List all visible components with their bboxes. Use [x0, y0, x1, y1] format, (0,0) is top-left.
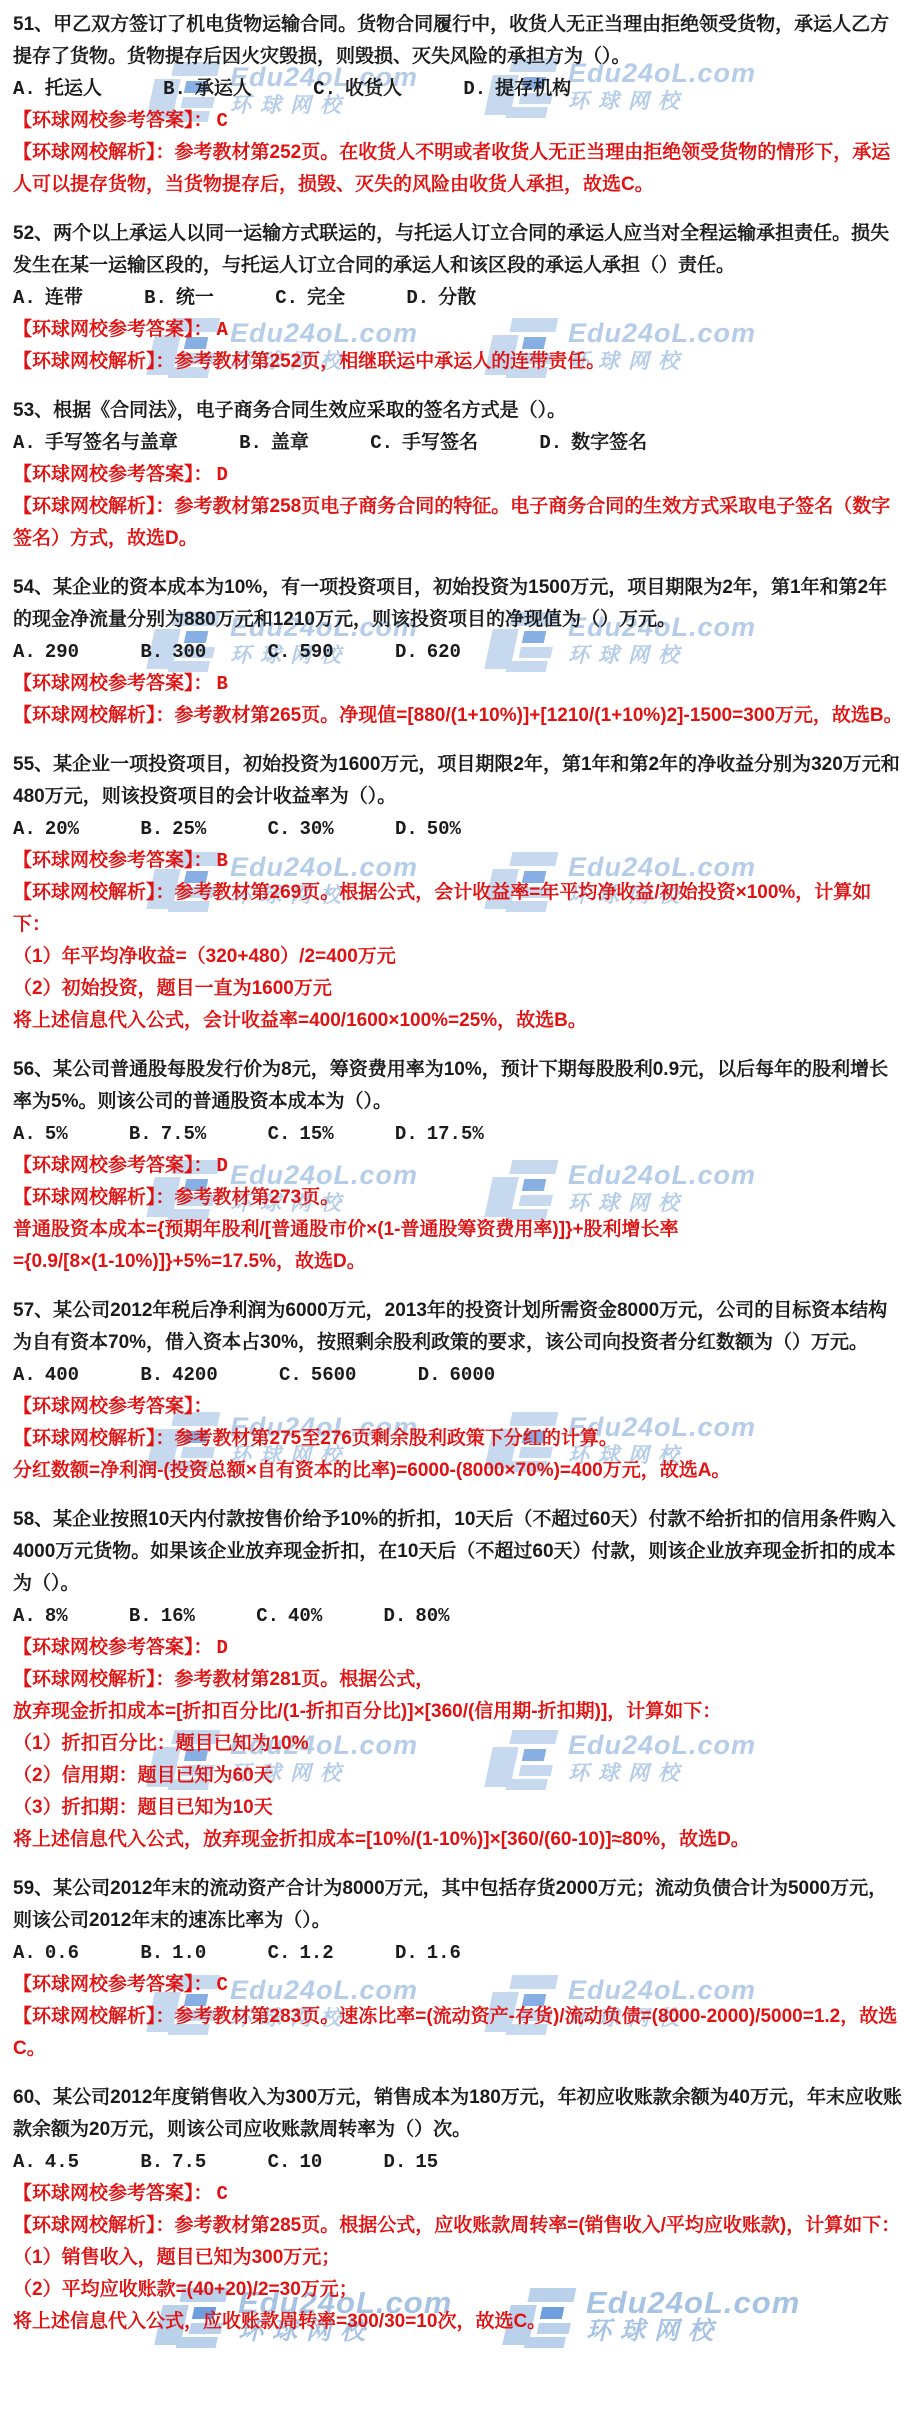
analysis-text: （1）年平均净收益=（320+480）/2=400万元 [13, 946, 396, 967]
options-row: A.手写签名与盖章 B.盖章 C.手写签名 D.数字签名 [13, 427, 906, 459]
option-key: A. [13, 432, 36, 454]
option-key: B. [144, 287, 167, 309]
exam-question-list: 51、甲乙双方签订了机电货物运输合同。货物合同履行中，收货人无正当理由拒绝领受货… [0, 0, 920, 2338]
option-key: A. [13, 641, 36, 663]
option-item: D.15 [384, 2146, 439, 2178]
analysis-section: 【环球网校解析】：参考教材第281页。根据公式， 放弃现金折扣成本=[折扣百分比… [13, 1664, 906, 1856]
answer-line: 【环球网校参考答案】：C [13, 2178, 906, 2210]
option-text: 承运人 [195, 78, 252, 100]
option-text: 1.2 [299, 1942, 333, 1964]
analysis-text: （1）折扣百分比：题目已知为10% [13, 1733, 309, 1754]
option-text: 4.5 [45, 2151, 79, 2173]
option-key: B. [163, 78, 186, 100]
analysis-paragraph: 【环球网校解析】：参考教材第252页。在收货人不明或者收货人无正当理由拒绝领受货… [13, 137, 906, 201]
option-item: D.提存机构 [463, 73, 571, 105]
analysis-section: 【环球网校解析】：参考教材第269页。根据公式，会计收益率=年平均净收益/初始投… [13, 877, 906, 1037]
question-block: 59、某公司2012年末的流动资产合计为8000万元，其中包括存货2000万元；… [13, 1873, 906, 2065]
answer-line: 【环球网校参考答案】：C [13, 105, 906, 137]
analysis-text: 将上述信息代入公式，会计收益率=400/1600×100%=25%，故选B。 [13, 1010, 587, 1031]
answer-value: B [217, 673, 228, 695]
question-stem: 56、某公司普通股每股发行价为8元，筹资费用率为10%，预计下期每股股利0.9元… [13, 1054, 906, 1118]
question-stem: 54、某企业的资本成本为10%，有一项投资项目，初始投资为1500万元，项目期限… [13, 572, 906, 636]
analysis-text: 参考教材第281页。根据公式， [175, 1669, 435, 1690]
option-key: C. [313, 78, 336, 100]
analysis-paragraph: ={0.9/[8×(1-10%)]}+5%=17.5%，故选D。 [13, 1246, 906, 1278]
answer-label: 【环球网校参考答案】： [13, 2183, 213, 2204]
option-key: B. [239, 432, 262, 454]
option-item: C.590 [268, 636, 334, 668]
analysis-label: 【环球网校解析】： [13, 142, 175, 163]
analysis-paragraph: （2）平均应收账款=(40+20)/2=30万元； [13, 2274, 906, 2306]
answer-value: D [217, 1637, 228, 1659]
option-item: B.统一 [144, 282, 214, 314]
answer-line: 【环球网校参考答案】： [13, 1391, 906, 1423]
answer-value: D [217, 464, 228, 486]
analysis-paragraph: 将上述信息代入公式，会计收益率=400/1600×100%=25%，故选B。 [13, 1005, 906, 1037]
option-text: 290 [45, 641, 79, 663]
option-key: B. [140, 818, 163, 840]
option-item: A.20% [13, 813, 79, 845]
option-key: C. [268, 2151, 291, 2173]
analysis-paragraph: （1）销售收入，题目已知为300万元； [13, 2242, 906, 2274]
option-key: A. [13, 1123, 36, 1145]
option-key: A. [13, 287, 36, 309]
question-stem: 58、某企业按照10天内付款按售价给予10%的折扣，10天后（不超过60天）付款… [13, 1504, 906, 1600]
option-item: B.承运人 [163, 73, 252, 105]
option-text: 400 [45, 1364, 79, 1386]
option-key: A. [13, 1364, 36, 1386]
option-text: 5600 [311, 1364, 357, 1386]
option-key: D. [395, 641, 418, 663]
analysis-section: 【环球网校解析】：参考教材第258页电子商务合同的特征。电子商务合同的生效方式采… [13, 491, 906, 555]
analysis-text: 普通股资本成本={预期年股利/[普通股市价×(1-普通股筹资费用率)]}+股利增… [13, 1219, 679, 1240]
option-key: D. [395, 1123, 418, 1145]
option-key: D. [395, 1942, 418, 1964]
analysis-paragraph: （2）信用期：题目已知为60天 [13, 1760, 906, 1792]
option-item: D.数字签名 [539, 427, 647, 459]
analysis-paragraph: 分红数额=净利润-(投资总额×自有资本的比率)=6000-(8000×70%)=… [13, 1455, 906, 1487]
analysis-text: 分红数额=净利润-(投资总额×自有资本的比率)=6000-(8000×70%)=… [13, 1460, 730, 1481]
option-key: B. [140, 641, 163, 663]
option-text: 1.0 [172, 1942, 206, 1964]
options-row: A.0.6 B.1.0 C.1.2 D.1.6 [13, 1937, 906, 1969]
option-item: A.400 [13, 1359, 79, 1391]
options-row: A.5% B.7.5% C.15% D.17.5% [13, 1118, 906, 1150]
option-item: C.30% [268, 813, 334, 845]
analysis-label: 【环球网校解析】： [13, 496, 175, 517]
question-block: 54、某企业的资本成本为10%，有一项投资项目，初始投资为1500万元，项目期限… [13, 572, 906, 732]
option-text: 7.5 [172, 2151, 206, 2173]
option-key: C. [275, 287, 298, 309]
option-key: D. [539, 432, 562, 454]
option-item: C.1.2 [268, 1937, 334, 1969]
option-item: C.5600 [279, 1359, 356, 1391]
option-key: A. [13, 818, 36, 840]
analysis-paragraph: （1）折扣百分比：题目已知为10% [13, 1728, 906, 1760]
analysis-paragraph: （1）年平均净收益=（320+480）/2=400万元 [13, 941, 906, 973]
option-text: 15 [415, 2151, 438, 2173]
option-item: D.80% [384, 1600, 450, 1632]
option-text: 1.6 [427, 1942, 461, 1964]
analysis-text: 参考教材第252页，相继联运中承运人的连带责任。 [175, 351, 606, 372]
answer-label: 【环球网校参考答案】： [13, 319, 213, 340]
analysis-paragraph: 放弃现金折扣成本=[折扣百分比/(1-折扣百分比)]×[360/(信用期-折扣期… [13, 1696, 906, 1728]
option-item: D.620 [395, 636, 461, 668]
option-item: A.5% [13, 1118, 68, 1150]
analysis-text: 参考教材第265页。净现值=[880/(1+10%)]+[1210/(1+10%… [175, 705, 903, 726]
analysis-paragraph: （3）折扣期：题目已知为10天 [13, 1792, 906, 1824]
answer-line: 【环球网校参考答案】：D [13, 1150, 906, 1182]
option-key: D. [463, 78, 486, 100]
option-item: C.10 [268, 2146, 323, 2178]
analysis-text: ={0.9/[8×(1-10%)]}+5%=17.5%，故选D。 [13, 1251, 366, 1272]
option-text: 620 [427, 641, 461, 663]
option-key: C. [256, 1605, 279, 1627]
answer-line: 【环球网校参考答案】：D [13, 459, 906, 491]
question-stem: 52、两个以上承运人以同一运输方式联运的，与托运人订立合同的承运人应当对全程运输… [13, 218, 906, 282]
option-text: 17.5% [427, 1123, 484, 1145]
analysis-paragraph: （2）初始投资，题目一直为1600万元 [13, 973, 906, 1005]
option-key: C. [268, 1942, 291, 1964]
answer-label: 【环球网校参考答案】： [13, 673, 213, 694]
option-item: B.1.0 [140, 1937, 206, 1969]
answer-label: 【环球网校参考答案】： [13, 850, 213, 871]
option-text: 6000 [450, 1364, 496, 1386]
answer-label: 【环球网校参考答案】： [13, 1396, 213, 1417]
option-key: B. [140, 1942, 163, 1964]
option-text: 连带 [45, 287, 83, 309]
option-text: 0.6 [45, 1942, 79, 1964]
analysis-paragraph: 将上述信息代入公式，放弃现金折扣成本=[10%/(1-10%)]×[360/(6… [13, 1824, 906, 1856]
analysis-text: 将上述信息代入公式，放弃现金折扣成本=[10%/(1-10%)]×[360/(6… [13, 1829, 750, 1850]
answer-label: 【环球网校参考答案】： [13, 1974, 213, 1995]
option-item: C.15% [268, 1118, 334, 1150]
analysis-text: （1）销售收入，题目已知为300万元； [13, 2247, 340, 2268]
answer-value: B [217, 850, 228, 872]
option-item: A.连带 [13, 282, 83, 314]
answer-label: 【环球网校参考答案】： [13, 464, 213, 485]
option-key: D. [418, 1364, 441, 1386]
answer-value: C [217, 110, 228, 132]
answer-line: 【环球网校参考答案】：D [13, 1632, 906, 1664]
option-item: A.8% [13, 1600, 68, 1632]
question-stem: 60、某公司2012年度销售收入为300万元，销售成本为180万元，年初应收账款… [13, 2082, 906, 2146]
analysis-paragraph: 普通股资本成本={预期年股利/[普通股市价×(1-普通股筹资费用率)]}+股利增… [13, 1214, 906, 1246]
option-text: 15% [299, 1123, 333, 1145]
analysis-section: 【环球网校解析】：参考教材第265页。净现值=[880/(1+10%)]+[12… [13, 700, 906, 732]
analysis-text: （3）折扣期：题目已知为10天 [13, 1797, 273, 1818]
option-text: 托运人 [45, 78, 102, 100]
analysis-paragraph: 将上述信息代入公式，应收账款周转率=300/30=10次，故选C。 [13, 2306, 906, 2338]
option-text: 提存机构 [495, 78, 571, 100]
option-item: D.分散 [406, 282, 476, 314]
options-row: A.20% B.25% C.30% D.50% [13, 813, 906, 845]
option-key: A. [13, 78, 36, 100]
option-text: 手写签名与盖章 [45, 432, 178, 454]
option-item: B.7.5 [140, 2146, 206, 2178]
answer-label: 【环球网校参考答案】： [13, 110, 213, 131]
question-block: 51、甲乙双方签订了机电货物运输合同。货物合同履行中，收货人无正当理由拒绝领受货… [13, 9, 906, 201]
analysis-label: 【环球网校解析】： [13, 2215, 175, 2236]
option-item: A.托运人 [13, 73, 102, 105]
question-stem: 59、某公司2012年末的流动资产合计为8000万元，其中包括存货2000万元；… [13, 1873, 906, 1937]
option-key: B. [140, 2151, 163, 2173]
analysis-paragraph: 【环球网校解析】：参考教材第273页。 [13, 1182, 906, 1214]
answer-label: 【环球网校参考答案】： [13, 1637, 213, 1658]
option-item: A.0.6 [13, 1937, 79, 1969]
option-text: 7.5% [161, 1123, 207, 1145]
answer-value: A [217, 319, 228, 341]
option-text: 数字签名 [571, 432, 647, 454]
option-text: 80% [415, 1605, 449, 1627]
answer-label: 【环球网校参考答案】： [13, 1155, 213, 1176]
options-row: A.托运人 B.承运人 C.收货人 D.提存机构 [13, 73, 906, 105]
option-text: 盖章 [271, 432, 309, 454]
analysis-paragraph: 【环球网校解析】：参考教材第283页。速冻比率=(流动资产-存货)/流动负债=(… [13, 2001, 906, 2065]
option-text: 30% [299, 818, 333, 840]
option-text: 25% [172, 818, 206, 840]
option-item: D.17.5% [395, 1118, 484, 1150]
option-key: C. [268, 641, 291, 663]
answer-value: D [217, 1155, 228, 1177]
analysis-paragraph: 【环球网校解析】：参考教材第281页。根据公式， [13, 1664, 906, 1696]
option-item: B.盖章 [239, 427, 309, 459]
answer-line: 【环球网校参考答案】：A [13, 314, 906, 346]
analysis-paragraph: 【环球网校解析】：参考教材第258页电子商务合同的特征。电子商务合同的生效方式采… [13, 491, 906, 555]
option-item: D.1.6 [395, 1937, 461, 1969]
option-item: A.4.5 [13, 2146, 79, 2178]
analysis-section: 【环球网校解析】：参考教材第273页。 普通股资本成本={预期年股利/[普通股市… [13, 1182, 906, 1278]
option-item: B.16% [129, 1600, 195, 1632]
option-item: C.完全 [275, 282, 345, 314]
answer-line: 【环球网校参考答案】：B [13, 845, 906, 877]
analysis-label: 【环球网校解析】： [13, 882, 175, 903]
option-text: 16% [161, 1605, 195, 1627]
analysis-section: 【环球网校解析】：参考教材第252页。在收货人不明或者收货人无正当理由拒绝领受货… [13, 137, 906, 201]
option-text: 20% [45, 818, 79, 840]
option-key: A. [13, 1605, 36, 1627]
option-item: D.50% [395, 813, 461, 845]
option-item: B.300 [140, 636, 206, 668]
option-item: B.7.5% [129, 1118, 206, 1150]
question-stem: 55、某企业一项投资项目，初始投资为1600万元，项目期限2年，第1年和第2年的… [13, 749, 906, 813]
option-item: B.4200 [140, 1359, 217, 1391]
question-block: 58、某企业按照10天内付款按售价给予10%的折扣，10天后（不超过60天）付款… [13, 1504, 906, 1856]
option-key: D. [395, 818, 418, 840]
options-row: A.4.5 B.7.5 C.10 D.15 [13, 2146, 906, 2178]
option-text: 590 [299, 641, 333, 663]
analysis-section: 【环球网校解析】：参考教材第275至276页剩余股利政策下分红的计算。 分红数额… [13, 1423, 906, 1487]
analysis-section: 【环球网校解析】：参考教材第283页。速冻比率=(流动资产-存货)/流动负债=(… [13, 2001, 906, 2065]
question-block: 53、根据《合同法》，电子商务合同生效应采取的签名方式是（）。 A.手写签名与盖… [13, 395, 906, 555]
option-text: 50% [427, 818, 461, 840]
answer-value: C [217, 2183, 228, 2205]
option-text: 统一 [176, 287, 214, 309]
analysis-label: 【环球网校解析】： [13, 1428, 175, 1449]
analysis-text: （2）平均应收账款=(40+20)/2=30万元； [13, 2279, 358, 2300]
options-row: A.8% B.16% C.40% D.80% [13, 1600, 906, 1632]
option-key: D. [384, 2151, 407, 2173]
analysis-text: （2）初始投资，题目一直为1600万元 [13, 978, 332, 999]
analysis-label: 【环球网校解析】： [13, 1669, 175, 1690]
option-key: D. [406, 287, 429, 309]
question-block: 60、某公司2012年度销售收入为300万元，销售成本为180万元，年初应收账款… [13, 2082, 906, 2338]
question-block: 55、某企业一项投资项目，初始投资为1600万元，项目期限2年，第1年和第2年的… [13, 749, 906, 1037]
question-stem: 51、甲乙双方签订了机电货物运输合同。货物合同履行中，收货人无正当理由拒绝领受货… [13, 9, 906, 73]
question-stem: 57、某公司2012年税后净利润为6000万元，2013年的投资计划所需资金80… [13, 1295, 906, 1359]
analysis-label: 【环球网校解析】： [13, 705, 175, 726]
options-row: A.400 B.4200 C.5600 D.6000 [13, 1359, 906, 1391]
option-key: A. [13, 1942, 36, 1964]
option-text: 300 [172, 641, 206, 663]
option-text: 4200 [172, 1364, 218, 1386]
option-text: 完全 [307, 287, 345, 309]
question-block: 57、某公司2012年税后净利润为6000万元，2013年的投资计划所需资金80… [13, 1295, 906, 1487]
option-item: A.290 [13, 636, 79, 668]
option-item: A.手写签名与盖章 [13, 427, 178, 459]
analysis-text: 参考教材第273页。 [175, 1187, 340, 1208]
answer-line: 【环球网校参考答案】：C [13, 1969, 906, 2001]
analysis-section: 【环球网校解析】：参考教材第285页。根据公式，应收账款周转率=(销售收入/平均… [13, 2210, 906, 2338]
option-text: 手写签名 [402, 432, 478, 454]
option-item: D.6000 [418, 1359, 495, 1391]
option-text: 8% [45, 1605, 68, 1627]
option-text: 收货人 [345, 78, 402, 100]
option-text: 5% [45, 1123, 68, 1145]
option-key: C. [279, 1364, 302, 1386]
option-key: B. [129, 1123, 152, 1145]
analysis-paragraph: 【环球网校解析】：参考教材第275至276页剩余股利政策下分红的计算。 [13, 1423, 906, 1455]
analysis-text: （2）信用期：题目已知为60天 [13, 1765, 273, 1786]
analysis-label: 【环球网校解析】： [13, 351, 175, 372]
analysis-section: 【环球网校解析】：参考教材第252页，相继联运中承运人的连带责任。 [13, 346, 906, 378]
answer-line: 【环球网校参考答案】：B [13, 668, 906, 700]
analysis-paragraph: 【环球网校解析】：参考教材第285页。根据公式，应收账款周转率=(销售收入/平均… [13, 2210, 906, 2242]
option-key: D. [384, 1605, 407, 1627]
options-row: A.连带 B.统一 C.完全 D.分散 [13, 282, 906, 314]
option-text: 10 [299, 2151, 322, 2173]
options-row: A.290 B.300 C.590 D.620 [13, 636, 906, 668]
analysis-paragraph: 【环球网校解析】：参考教材第269页。根据公式，会计收益率=年平均净收益/初始投… [13, 877, 906, 941]
option-item: C.手写签名 [370, 427, 478, 459]
question-block: 56、某公司普通股每股发行价为8元，筹资费用率为10%，预计下期每股股利0.9元… [13, 1054, 906, 1278]
option-key: C. [370, 432, 393, 454]
answer-value: C [217, 1974, 228, 1996]
option-item: C.40% [256, 1600, 322, 1632]
option-text: 40% [288, 1605, 322, 1627]
option-key: A. [13, 2151, 36, 2173]
option-key: B. [129, 1605, 152, 1627]
analysis-text: 参考教材第285页。根据公式，应收账款周转率=(销售收入/平均应收账款)，计算如… [175, 2215, 901, 2236]
analysis-text: 参考教材第275至276页剩余股利政策下分红的计算。 [175, 1428, 618, 1449]
option-text: 分散 [438, 287, 476, 309]
option-key: B. [140, 1364, 163, 1386]
option-key: C. [268, 1123, 291, 1145]
question-stem: 53、根据《合同法》，电子商务合同生效应采取的签名方式是（）。 [13, 395, 906, 427]
option-item: B.25% [140, 813, 206, 845]
analysis-text: 将上述信息代入公式，应收账款周转率=300/30=10次，故选C。 [13, 2311, 546, 2332]
analysis-paragraph: 【环球网校解析】：参考教材第265页。净现值=[880/(1+10%)]+[12… [13, 700, 906, 732]
option-key: C. [268, 818, 291, 840]
analysis-label: 【环球网校解析】： [13, 1187, 175, 1208]
analysis-text: 放弃现金折扣成本=[折扣百分比/(1-折扣百分比)]×[360/(信用期-折扣期… [13, 1701, 721, 1722]
analysis-label: 【环球网校解析】： [13, 2006, 175, 2027]
question-block: 52、两个以上承运人以同一运输方式联运的，与托运人订立合同的承运人应当对全程运输… [13, 218, 906, 378]
option-item: C.收货人 [313, 73, 402, 105]
analysis-paragraph: 【环球网校解析】：参考教材第252页，相继联运中承运人的连带责任。 [13, 346, 906, 378]
